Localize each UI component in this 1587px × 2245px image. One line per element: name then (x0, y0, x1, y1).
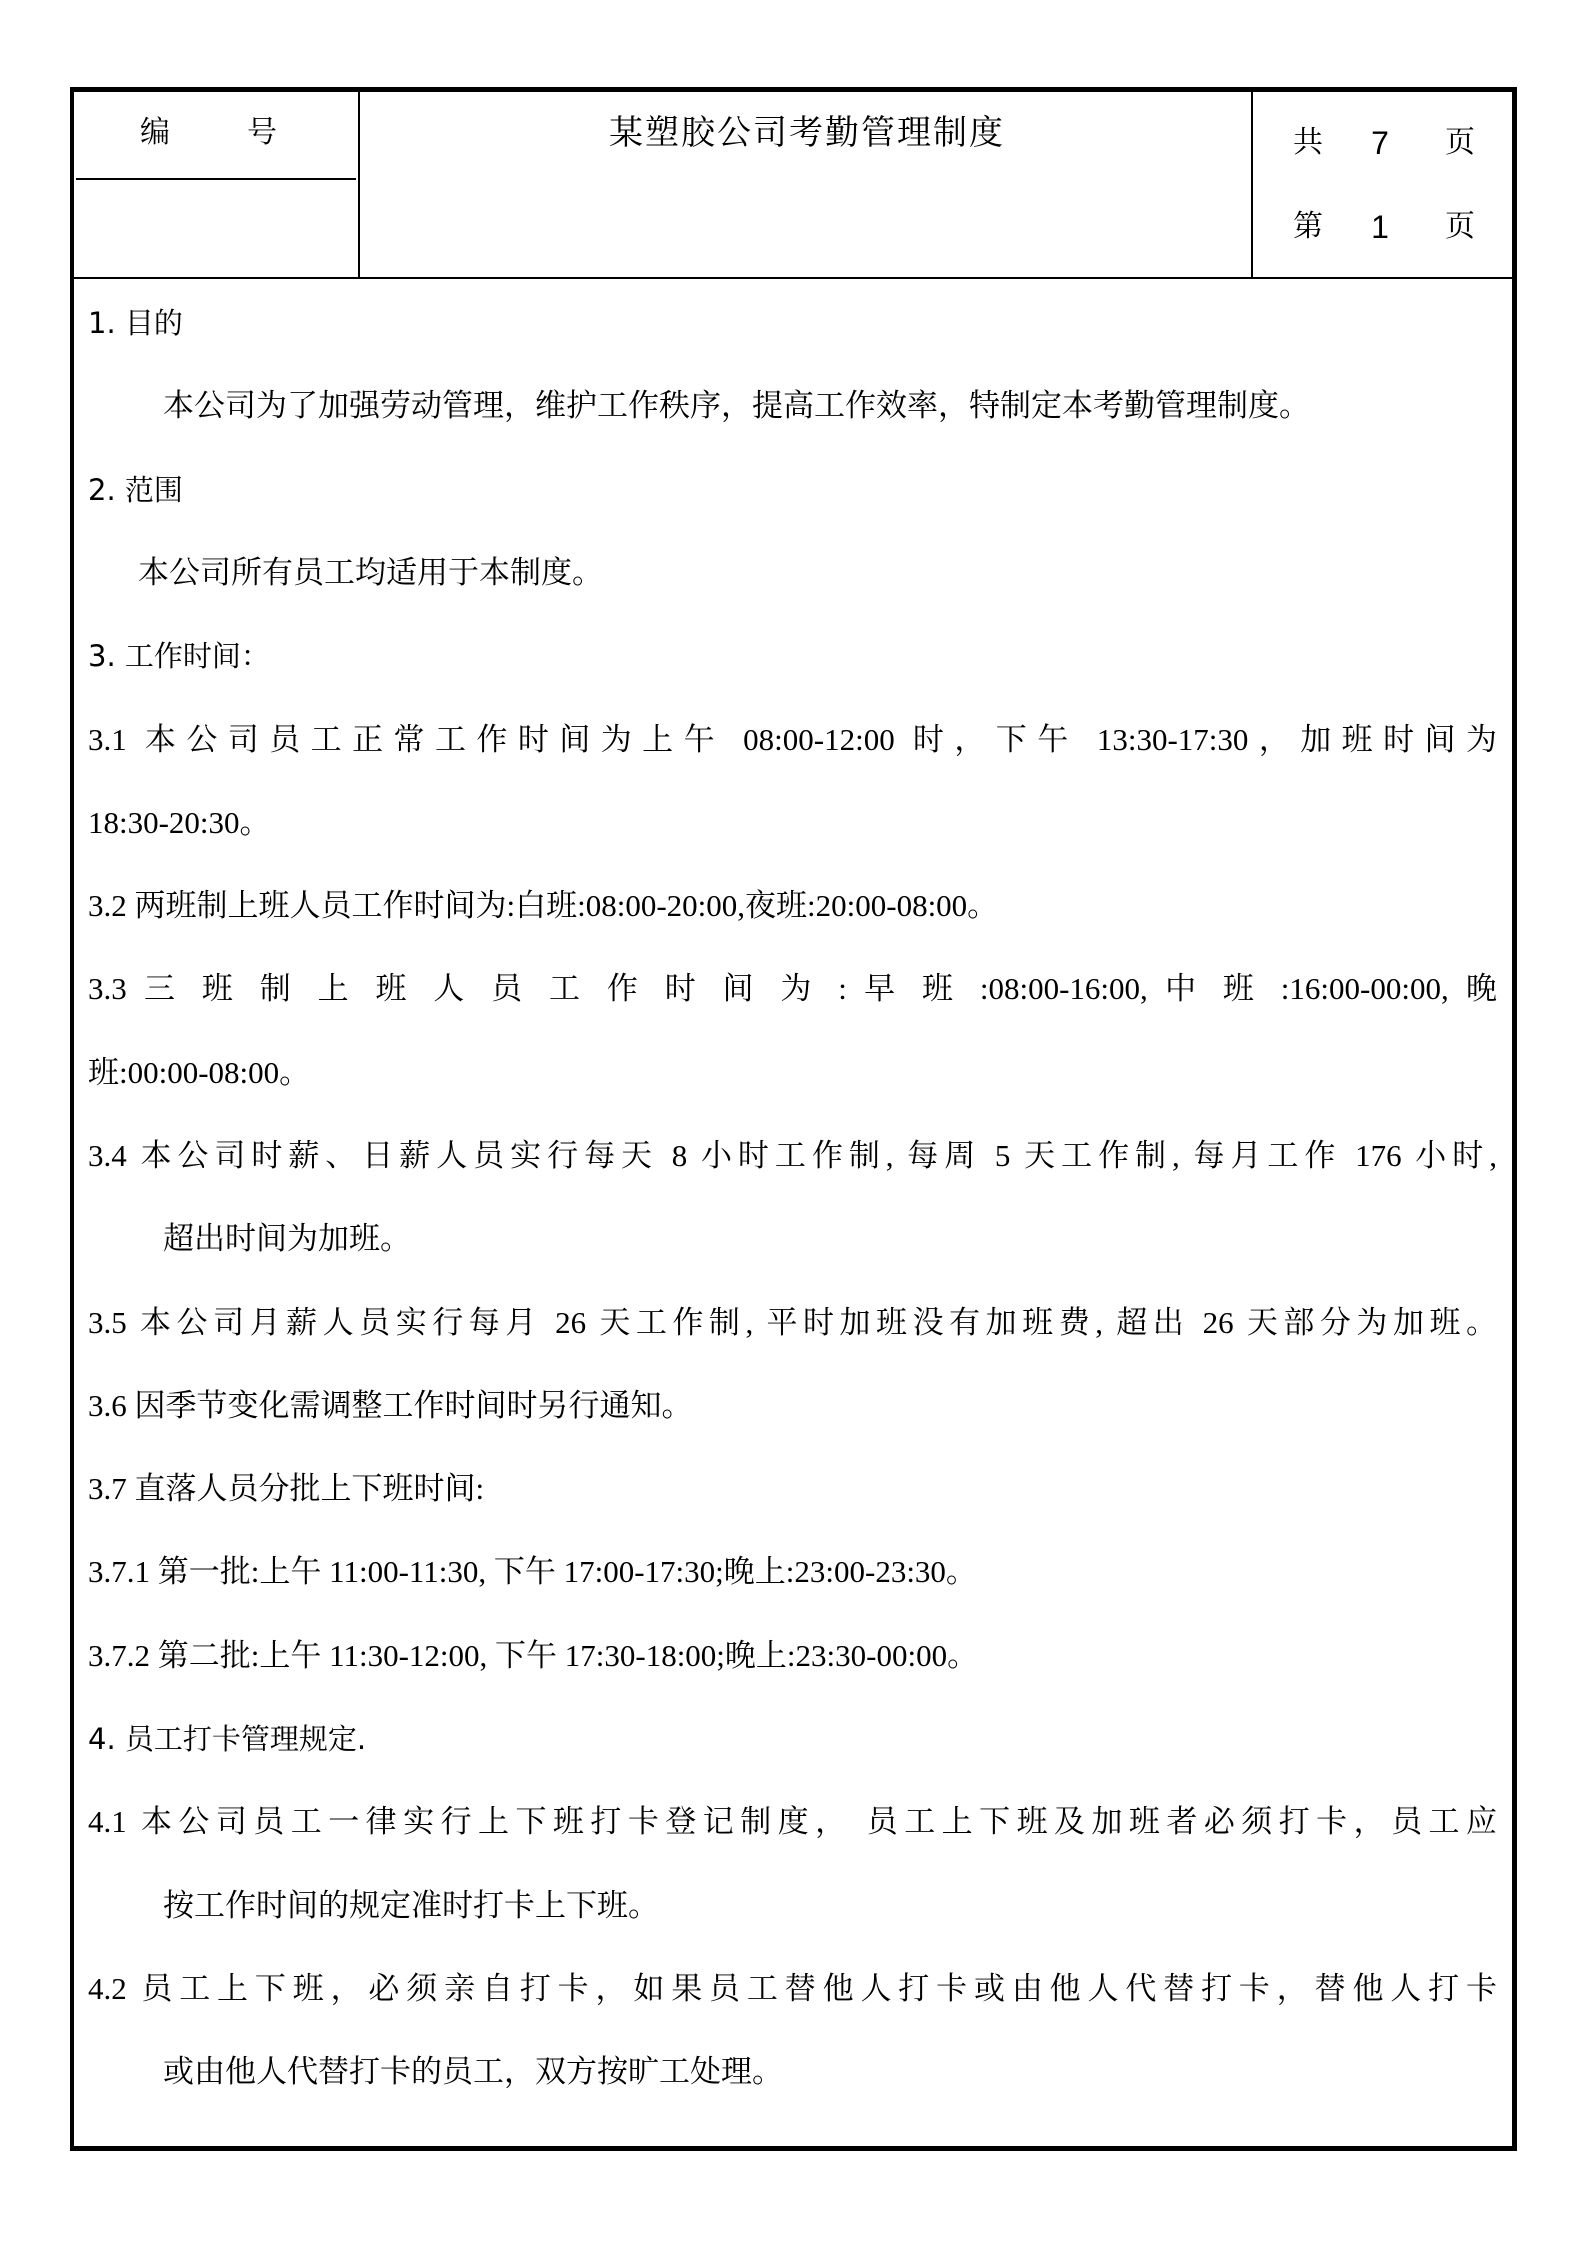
code-cell-divider (76, 178, 356, 180)
clause-4-2-cont: 或由他人代替打卡的员工，双方按旷工处理。 (163, 2052, 1497, 2092)
section-heading-scope: 2. 范围 (88, 470, 1497, 510)
document-title: 某塑胶公司考勤管理制度 (362, 113, 1252, 153)
clause-4-2: 4.2 员工上下班，必须亲自打卡，如果员工替他人打卡或由他人代替打卡，替他人打卡 (88, 1969, 1497, 2009)
clause-4-1: 4.1 本公司员工一律实行上下班打卡登记制度， 员工上下班及加班者必须打卡，员工… (88, 1802, 1497, 1842)
clause-3-7-1: 3.7.1 第一批:上午 11:00-11:30, 下午 17:00-17:30… (88, 1552, 1497, 1592)
clause-3-1-cont: 18:30-20:30。 (88, 803, 1497, 843)
clause-3-3: 3.3 三 班 制 上 班 人 员 工 作 时 间 为 : 早 班 :08:00… (88, 969, 1497, 1009)
scope-text: 本公司所有员工均适用于本制度。 (138, 553, 1497, 593)
section-heading-purpose: 1. 目的 (88, 303, 1497, 343)
clause-3-2: 3.2 两班制上班人员工作时间为:白班:08:00-20:00,夜班:20:00… (88, 886, 1497, 926)
section-heading-work-hours: 3. 工作时间： (88, 636, 1497, 676)
current-page-prefix: 第 (1293, 207, 1323, 247)
clause-3-5: 3.5 本公司月薪人员实行每月 26 天工作制, 平时加班没有加班费, 超出 2… (88, 1303, 1497, 1343)
clause-3-7-2: 3.7.2 第二批:上午 11:30-12:00, 下午 17:30-18:00… (88, 1636, 1497, 1676)
clause-3-3-cont: 班:00:00-08:00。 (88, 1053, 1497, 1093)
clause-3-7: 3.7 直落人员分批上下班时间: (88, 1469, 1497, 1509)
clause-3-1: 3.1 本公司员工正常工作时间为上午 08:00-12:00 时，下午 13:3… (88, 720, 1497, 760)
clause-3-4-cont: 超出时间为加班。 (163, 1219, 1497, 1259)
section-heading-clock-in: 4. 员工打卡管理规定. (88, 1719, 1497, 1759)
code-label-char-2: 号 (247, 113, 277, 153)
current-page-suffix: 页 (1445, 207, 1475, 247)
clause-3-6: 3.6 因季节变化需调整工作时间时另行通知。 (88, 1386, 1497, 1426)
current-page-value: 1 (1371, 207, 1389, 247)
code-label-char-1: 编 (140, 113, 170, 153)
purpose-text: 本公司为了加强劳动管理，维护工作秩序，提高工作效率，特制定本考勤管理制度。 (163, 386, 1497, 426)
header-bottom-divider (70, 277, 1517, 279)
total-pages-prefix: 共 (1293, 123, 1323, 163)
clause-4-1-cont: 按工作时间的规定准时打卡上下班。 (163, 1886, 1497, 1926)
total-pages-value: 7 (1371, 123, 1389, 163)
clause-3-4: 3.4 本公司时薪、日薪人员实行每天 8 小时工作制, 每周 5 天工作制, 每… (88, 1136, 1497, 1176)
header-column-divider-left (358, 87, 360, 279)
total-pages-suffix: 页 (1445, 123, 1475, 163)
